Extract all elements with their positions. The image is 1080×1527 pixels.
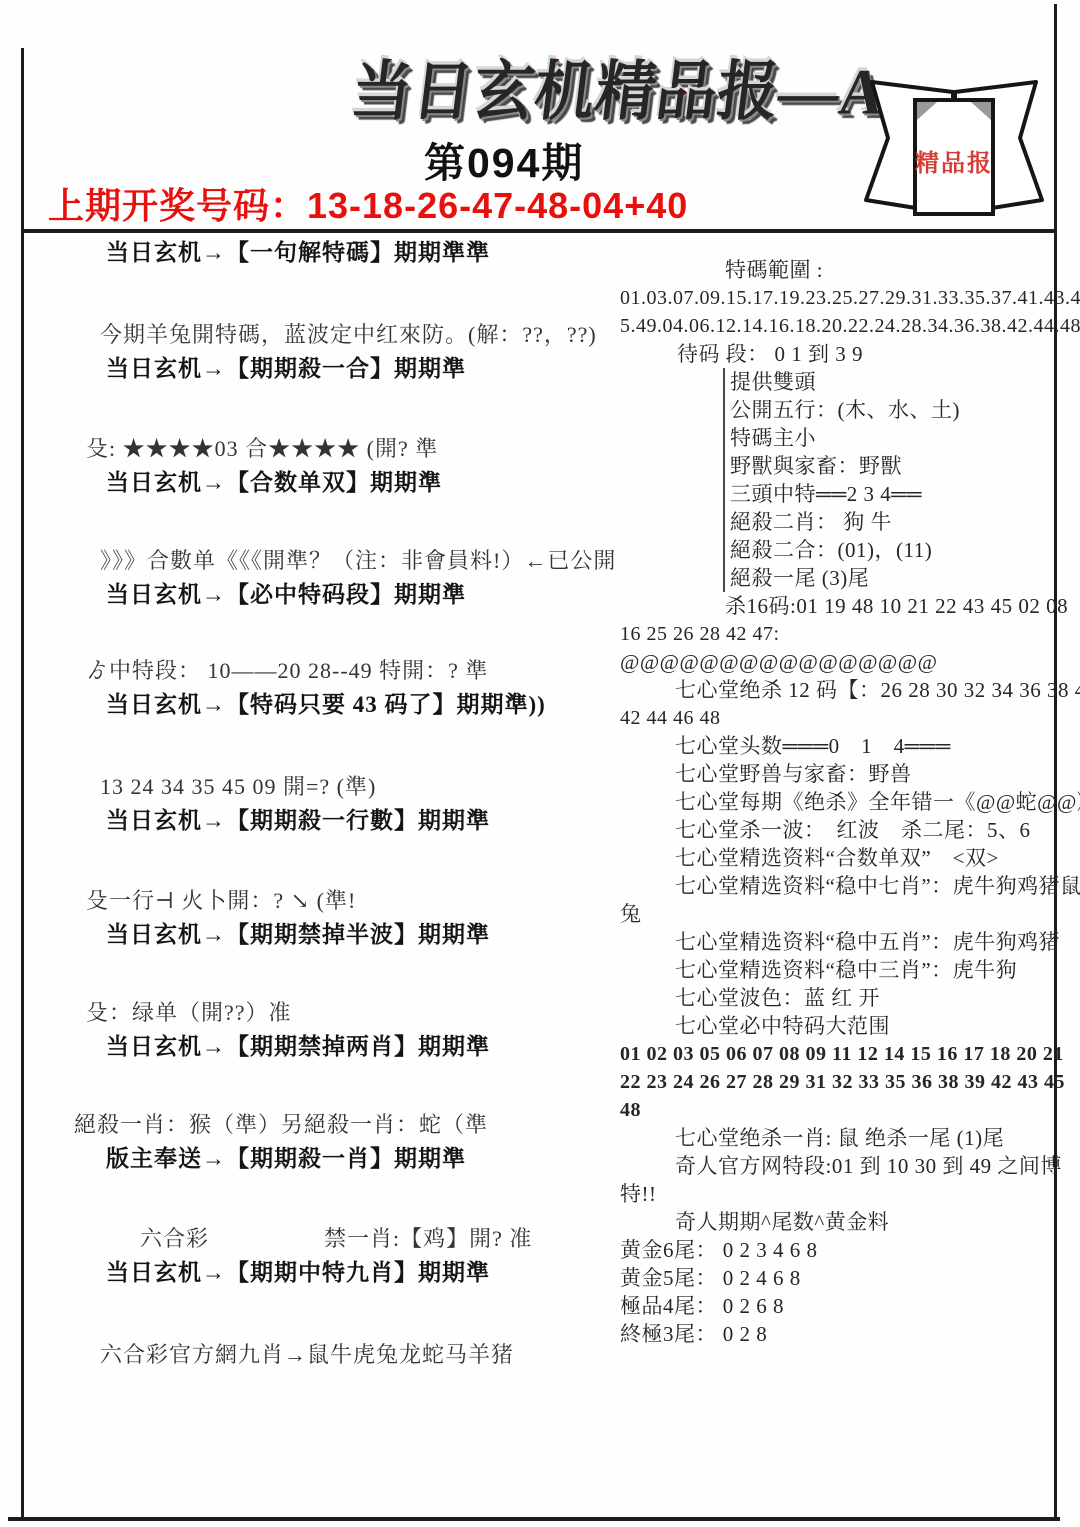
tip-headline: 版主奉送→【期期殺一肖】期期準 xyxy=(100,1142,488,1176)
special-code-panel: 特碼範圍 : 01.03.07.09.15.17.19.23.25.27.29.… xyxy=(620,256,1056,1348)
big-range-numbers: 01 02 03 05 06 07 08 09 11 12 14 15 16 1… xyxy=(620,1040,1056,1068)
tip-block: 六合彩 禁一肖:【鸡】開? 准 当日玄机→【期期中特九肖】期期準 xyxy=(100,1222,532,1290)
tema-segment: 待码 段： 0 1 到 3 9 xyxy=(677,340,1056,368)
ribbon-label: 精品报 xyxy=(915,149,993,177)
tema-range-title: 特碼範圍 : xyxy=(725,256,1056,284)
tip-block: 当日玄机→【一句解特碼】期期準準 xyxy=(100,236,490,270)
tip-clue: 絕殺一肖：猴（準）另絕殺一肖：蛇（準 xyxy=(74,1108,488,1142)
tema-range-numbers: 5.49.04.06.12.14.16.18.20.22.24.28.34.36… xyxy=(620,312,1056,340)
tip-block: 今期羊兔開特碼，蓝波定中红來防。(解：??，??) 当日玄机→【期期殺一合】期期… xyxy=(100,318,597,386)
qixintang-line: 七心堂精选资料“稳中三肖”：虎牛狗 xyxy=(675,956,1056,984)
tip-headline: 当日玄机→【期期禁掉两肖】期期準 xyxy=(100,1030,490,1064)
big-range-numbers: 48 xyxy=(620,1096,1056,1124)
tip-clue: ゟ中特段： 10——20 28--49 特開：? 準 xyxy=(86,654,546,688)
qixintang-line: 兔 xyxy=(620,900,1056,928)
tip-clue: 13 24 34 35 45 09 開=? (準) xyxy=(100,770,490,804)
nine-zodiac-line: 六合彩官方網九肖→鼠牛虎兔龙蛇马羊猪 xyxy=(100,1338,514,1372)
page-border-bottom xyxy=(8,1517,1060,1521)
qixintang-line: 七心堂精选资料“合数单双” <双> xyxy=(675,844,1056,872)
tip-block: 絕殺一肖：猴（準）另絕殺一肖：蛇（準 版主奉送→【期期殺一肖】期期準 xyxy=(100,1108,488,1176)
qixintang-line: 七心堂必中特码大范围 xyxy=(675,1012,1056,1040)
tip-headline: 当日玄机→【期期殺一行數】期期準 xyxy=(100,804,490,838)
tip-block: 殳一行⊣ 火卜開：? ↘ (準! 当日玄机→【期期禁掉半波】期期準 xyxy=(100,884,490,952)
panel-line: 絕殺一尾 (3)尾 xyxy=(723,564,1056,592)
tip-headline: 当日玄机→【特码只要 43 码了】期期準)) xyxy=(100,688,546,722)
last-draw-numbers: 上期开奖号码：13-18-26-47-48-04+40 xyxy=(48,178,688,229)
panel-line: 絕殺二肖： 狗 牛 xyxy=(723,508,1056,536)
ribbon-banner: 精品报 xyxy=(858,76,1050,221)
golden-tail-6: 黄金6尾： 0 2 3 4 6 8 xyxy=(620,1236,1056,1264)
page-border-left xyxy=(21,48,24,1521)
tip-headline: 当日玄机→【期期中特九肖】期期準 xyxy=(100,1256,532,1290)
kill-16-codes: 16 25 26 28 42 47: xyxy=(620,620,1056,648)
panel-line: 三頭中特══2 3 4══ xyxy=(723,480,1056,508)
tip-block: 殳: ★★★★03 合★★★★ (開? 準 当日玄机→【合数单双】期期準 xyxy=(100,432,442,500)
qixintang-line: 七心堂每期《绝杀》全年错一《@@蛇@@》 xyxy=(675,788,1056,816)
panel-line: 提供雙頭 xyxy=(723,368,1056,396)
golden-tail-3: 終極3尾： 0 2 8 xyxy=(620,1320,1056,1348)
tip-block: 六合彩官方網九肖→鼠牛虎兔龙蛇马羊猪 xyxy=(100,1338,514,1372)
qixintang-line: 七心堂头数═══0 1 4═══ xyxy=(675,732,1056,760)
at-separator: @@@@@@@@@@@@@@@@ xyxy=(620,648,1056,676)
tema-range-numbers: 01.03.07.09.15.17.19.23.25.27.29.31.33.3… xyxy=(620,284,1056,312)
tip-block: 》》》合數单《《《開準？（注：非會員料!）←已公開 当日玄机→【必中特码段】期期… xyxy=(100,544,616,612)
tip-clue: 六合彩 禁一肖:【鸡】開? 准 xyxy=(100,1222,532,1256)
qixintang-line: 42 44 46 48 xyxy=(620,704,1056,732)
header-divider xyxy=(22,229,1057,233)
qixintang-line: 七心堂杀一波： 红波 杀二尾：5、6 xyxy=(675,816,1056,844)
tip-block: ゟ中特段： 10——20 28--49 特開：? 準 当日玄机→【特码只要 43… xyxy=(100,654,546,722)
qixintang-line: 七心堂绝杀一肖: 鼠 绝杀一尾 (1)尾 xyxy=(675,1124,1056,1152)
kill-16-codes: 杀16码:01 19 48 10 21 22 43 45 02 08 xyxy=(725,592,1056,620)
panel-line: 野獸與家畜：野獸 xyxy=(723,452,1056,480)
panel-line: 絕殺二合：(01)，(11) xyxy=(723,536,1056,564)
tip-clue: 今期羊兔開特碼，蓝波定中红來防。(解：??，??) xyxy=(100,318,597,352)
golden-tails-title: 奇人期期^尾数^黄金料 xyxy=(675,1208,1056,1236)
tip-headline: 当日玄机→【必中特码段】期期準 xyxy=(100,578,616,612)
tip-headline: 当日玄机→【一句解特碼】期期準準 xyxy=(100,236,490,270)
tip-clue: 殳: ★★★★03 合★★★★ (開? 準 xyxy=(86,432,442,466)
big-range-numbers: 22 23 24 26 27 28 29 31 32 33 35 36 38 3… xyxy=(620,1068,1056,1096)
golden-tail-5: 黄金5尾： 0 2 4 6 8 xyxy=(620,1264,1056,1292)
tip-headline: 当日玄机→【合数单双】期期準 xyxy=(100,466,442,500)
tip-headline: 当日玄机→【期期殺一合】期期準 xyxy=(100,352,597,386)
panel-line: 公開五行：(木、水、土) xyxy=(723,396,1056,424)
qiren-line: 特!! xyxy=(620,1180,1056,1208)
tip-block: 殳：绿单（開??）准 当日玄机→【期期禁掉两肖】期期準 xyxy=(100,996,490,1064)
tip-clue: 殳：绿单（開??）准 xyxy=(86,996,490,1030)
qixintang-line: 七心堂精选资料“稳中七肖”：虎牛狗鸡猪鼠 xyxy=(675,872,1056,900)
qixintang-line: 七心堂精选资料“稳中五肖”：虎牛狗鸡猪 xyxy=(675,928,1056,956)
tip-clue: 》》》合數单《《《開準？（注：非會員料!）←已公開 xyxy=(100,544,616,578)
qiren-line: 奇人官方网特段:01 到 10 30 到 49 之间博 xyxy=(675,1152,1056,1180)
golden-tail-4: 極品4尾： 0 2 6 8 xyxy=(620,1292,1056,1320)
tip-block: 13 24 34 35 45 09 開=? (準) 当日玄机→【期期殺一行數】期… xyxy=(100,770,490,838)
tip-clue: 殳一行⊣ 火卜開：? ↘ (準! xyxy=(86,884,490,918)
tip-headline: 当日玄机→【期期禁掉半波】期期準 xyxy=(100,918,490,952)
panel-line: 特碼主小 xyxy=(723,424,1056,452)
qixintang-line: 七心堂绝杀 12 码【：26 28 30 32 34 36 38 40 xyxy=(675,676,1056,704)
qixintang-line: 七心堂波色：蓝 红 开 xyxy=(675,984,1056,1012)
qixintang-line: 七心堂野兽与家畜：野兽 xyxy=(675,760,1056,788)
